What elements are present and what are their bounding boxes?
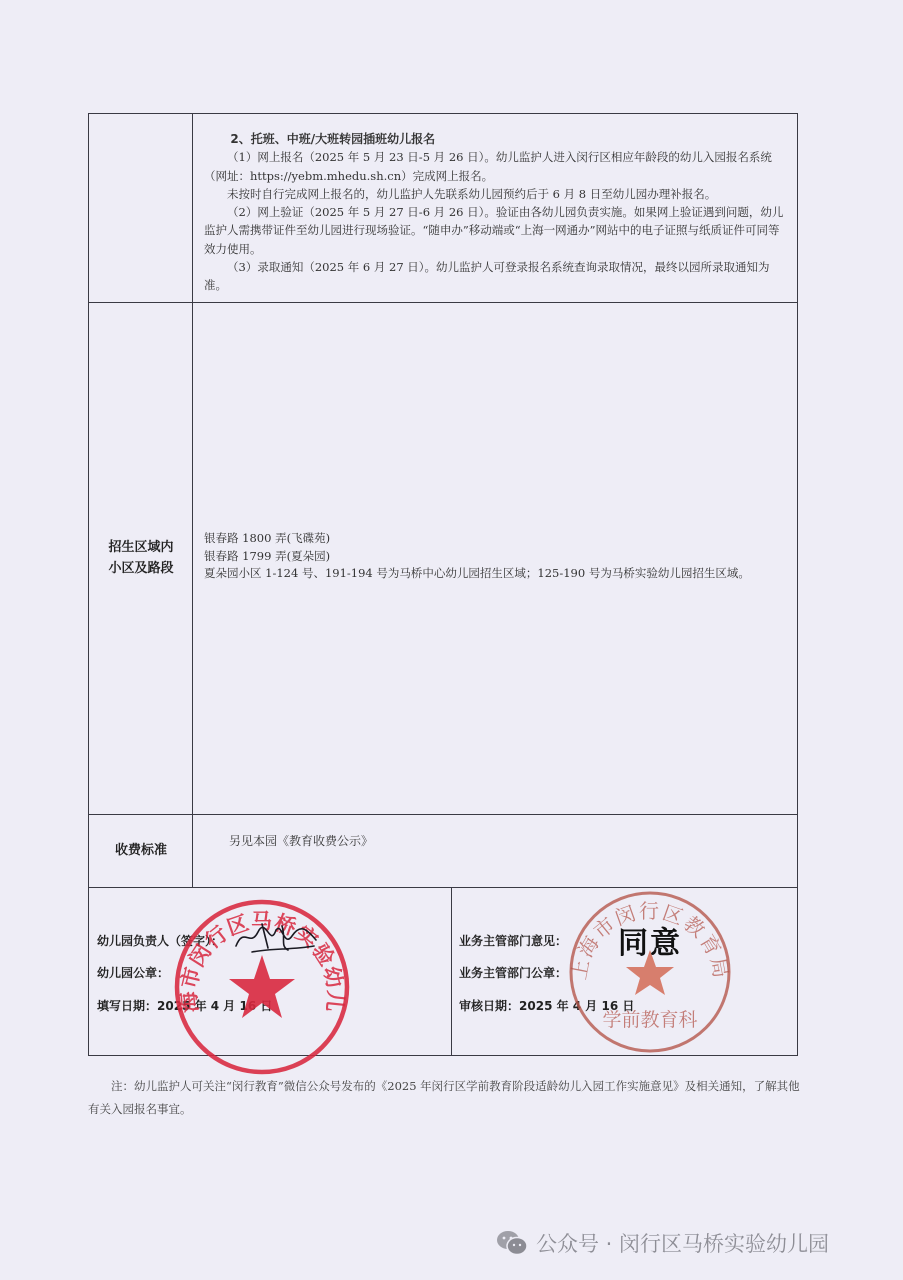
enrollment-area-cell: 银春路 1800 弄(飞碟苑) 银春路 1799 弄(夏朵园) 夏朵园小区 1-… bbox=[193, 530, 797, 583]
principal-signature-label: 幼儿园负责人（签字）： bbox=[97, 932, 223, 949]
department-opinion-label: 业务主管部门意见： bbox=[459, 932, 567, 949]
kindergarten-seal-label: 幼儿园公章： bbox=[97, 964, 169, 981]
row-divider bbox=[89, 302, 797, 303]
section2-paragraph: 未按时自行完成网上报名的，幼儿监护人先联系幼儿园预约后于 6 月 8 日至幼儿园… bbox=[204, 185, 787, 203]
section2-paragraph: （1）网上报名（2025 年 5 月 23 日-5 月 26 日）。幼儿监护人进… bbox=[204, 148, 787, 185]
section2-cell: 2、托班、中班/大班转园插班幼儿报名 （1）网上报名（2025 年 5 月 23… bbox=[193, 130, 797, 295]
wechat-icon bbox=[496, 1230, 528, 1256]
review-date-value: 2025 年 4 月 16 日 bbox=[519, 999, 634, 1013]
enrollment-area-label: 招生区域内 小区及路段 bbox=[89, 302, 193, 814]
fees-value: 另见本园《教育收费公示》 bbox=[193, 832, 797, 850]
department-seal-label: 业务主管部门公章： bbox=[459, 964, 567, 981]
footnote: 注：幼儿监护人可关注“闵行教育”微信公众号发布的《2025 年闵行区学前教育阶段… bbox=[88, 1075, 800, 1121]
review-date: 审核日期：2025 年 4 月 16 日 bbox=[459, 997, 634, 1014]
department-signoff: 业务主管部门意见： 业务主管部门公章： 审核日期：2025 年 4 月 16 日 bbox=[451, 887, 797, 1055]
area-line: 银春路 1799 弄(夏朵园) bbox=[204, 548, 787, 566]
watermark-text: 公众号 · 闵行区马桥实验幼儿园 bbox=[536, 1228, 829, 1258]
review-date-label: 审核日期： bbox=[459, 999, 519, 1013]
section2-paragraph: （2）网上验证（2025 年 5 月 27 日-6 月 26 日）。验证由各幼儿… bbox=[204, 203, 787, 258]
enrollment-table: 2、托班、中班/大班转园插班幼儿报名 （1）网上报名（2025 年 5 月 23… bbox=[88, 113, 798, 1056]
label-line: 招生区域内 bbox=[108, 537, 173, 558]
wechat-watermark: 公众号 · 闵行区马桥实验幼儿园 bbox=[496, 1228, 829, 1258]
section2-title: 2、托班、中班/大班转园插班幼儿报名 bbox=[204, 130, 787, 148]
approval-handwriting: 同意 bbox=[618, 918, 682, 962]
label-line: 小区及路段 bbox=[108, 558, 173, 579]
document-page: 2、托班、中班/大班转园插班幼儿报名 （1）网上报名（2025 年 5 月 23… bbox=[0, 0, 903, 1280]
fill-date: 填写日期：2025 年 4 月 16 日 bbox=[97, 997, 272, 1014]
footnote-text: 注：幼儿监护人可关注“闵行教育”微信公众号发布的《2025 年闵行区学前教育阶段… bbox=[88, 1075, 800, 1121]
area-line: 夏朵园小区 1-124 号、191-194 号为马桥中心幼儿园招生区域；125-… bbox=[204, 565, 787, 583]
row-divider bbox=[89, 814, 797, 815]
fees-label: 收费标准 bbox=[89, 814, 193, 887]
area-line: 银春路 1800 弄(飞碟苑) bbox=[204, 530, 787, 548]
section2-paragraph: （3）录取通知（2025 年 6 月 27 日）。幼儿监护人可登录报名系统查询录… bbox=[204, 258, 787, 295]
kindergarten-signoff: 幼儿园负责人（签字）： 幼儿园公章： 填写日期：2025 年 4 月 16 日 bbox=[89, 887, 451, 1055]
fill-date-label: 填写日期： bbox=[97, 999, 157, 1013]
fill-date-value: 2025 年 4 月 16 日 bbox=[157, 999, 272, 1013]
